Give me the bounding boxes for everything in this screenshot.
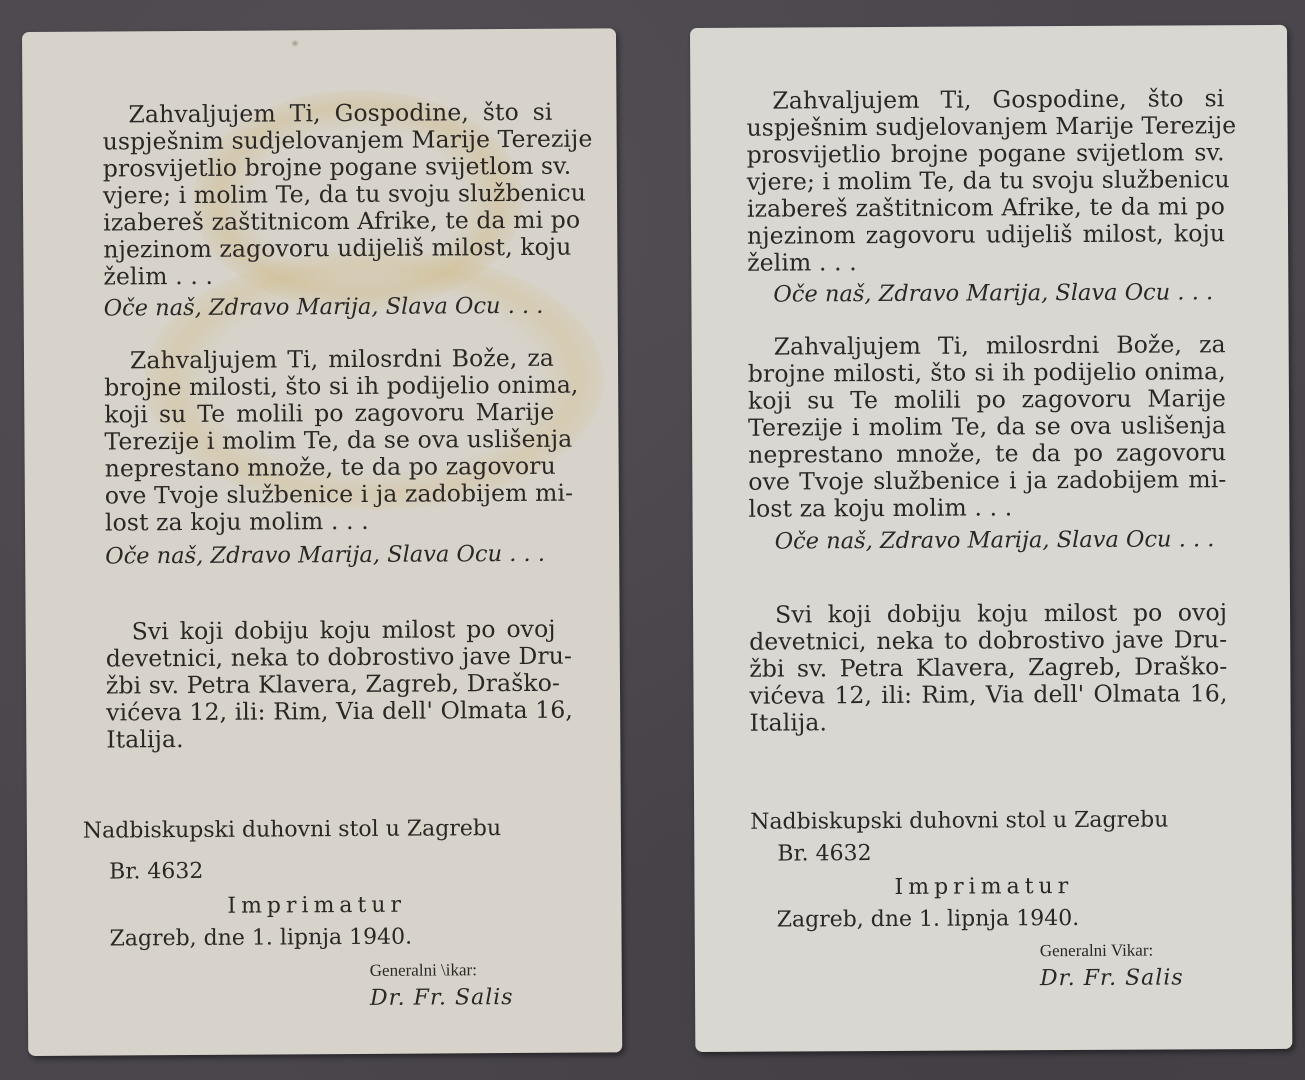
text-line: žbi sv. Petra Klavera, Zagreb, Draško- (106, 670, 556, 700)
text-line: njezinom zagovoru udijeliš milost, koju (103, 234, 553, 264)
text-line: Zahvaljujem Ti, milosrdni Bože, za (748, 331, 1226, 361)
text-line: Italija. (106, 724, 556, 754)
text-line: uspješnim sudjelovanjem Marije Terezije (103, 126, 553, 156)
text-line: prosvijetlio brojne pogane svijetlom sv. (103, 153, 553, 183)
contact-paragraph: Svi koji dobiju koju milost po ovoj deve… (106, 616, 557, 754)
text-line: Terezije i molim Te, da se ova uslišenja (748, 412, 1226, 442)
approval-date: Zagreb, dne 1. lipnja 1940. (777, 906, 1080, 934)
signatory-title: Generalni \ikar: (370, 957, 477, 984)
imprimatur-heading: Imprimatur (894, 874, 1073, 901)
text-line: izabereš zaštitnicom Afrike, te da mi po (103, 207, 553, 237)
text-line: Zahvaljujem Ti, milosrdni Bože, za (104, 345, 554, 375)
text-line: izabereš zaštitnicom Afrike, te da mi po (747, 193, 1225, 223)
prayer-refrain-2: Oče naš, Zdravo Marija, Slava Ocu . . . (105, 541, 545, 571)
imprimatur-heading: Imprimatur (227, 893, 406, 920)
text-line: lost za koju molim . . . (105, 507, 555, 537)
thanksgiving-paragraph-1: Zahvaljujem Ti, Gospodine, što si uspješ… (746, 85, 1225, 277)
text-line: Zahvaljujem Ti, Gospodine, što si (746, 85, 1224, 115)
text-line: žbi sv. Petra Klavera, Zagreb, Draško- (749, 653, 1227, 683)
text-line: brojne milosti, što si ih podijelio onim… (104, 372, 554, 402)
signatory-title: Generalni Vikar: (1040, 938, 1154, 965)
thanksgiving-paragraph-1: Zahvaljujem Ti, Gospodine, što si uspješ… (102, 99, 553, 291)
prayer-refrain-2: Oče naš, Zdravo Marija, Slava Ocu . . . (775, 526, 1215, 555)
text-line: Zahvaljujem Ti, Gospodine, što si (102, 99, 552, 129)
text-line: želim . . . (747, 247, 1225, 277)
text-line: vjere; i molim Te, da tu svoju službenic… (747, 166, 1225, 196)
text-line: Terezije i molim Te, da se ova uslišenja (104, 426, 554, 456)
text-line: devetnici, neka to dobrostivo jave Dru- (106, 643, 556, 673)
text-line: Svi koji dobiju koju milost po ovoj (106, 616, 556, 646)
reference-number: Br. 4632 (109, 859, 203, 886)
text-line: prosvijetlio brojne pogane svijetlom sv. (747, 139, 1225, 169)
text-line: ove Tvoje službenice i ja zadobijem mi- (748, 466, 1226, 496)
reference-number: Br. 4632 (777, 841, 871, 867)
text-line: vićeva 12, ili: Rim, Via dell' Olmata 16… (106, 697, 556, 727)
organization-name: Nadbiskupski duhovni stol u Zagrebu (750, 808, 1168, 836)
text-line: vićeva 12, ili: Rim, Via dell' Olmata 16… (749, 680, 1227, 710)
text-line: Italija. (750, 707, 1228, 737)
prayer-refrain-1: Oče naš, Zdravo Marija, Slava Ocu . . . (104, 293, 544, 323)
text-line: želim . . . (103, 261, 553, 291)
text-line: vjere; i molim Te, da tu svoju službenic… (103, 180, 553, 210)
organization-name: Nadbiskupski duhovni stol u Zagrebu (83, 816, 501, 845)
text-line: njezinom zagovoru udijeliš milost, koju (747, 220, 1225, 250)
text-line: ove Tvoje službenice i ja zadobijem mi- (105, 480, 555, 510)
text-line: brojne milosti, što si ih podijelio onim… (748, 358, 1226, 388)
signatory-name: Dr. Fr. Salis (370, 985, 514, 1012)
text-line: uspješnim sudjelovanjem Marije Terezije (746, 112, 1224, 142)
text-line: koji su Te molili po zagovoru Marije (104, 399, 554, 429)
prayer-refrain-1: Oče naš, Zdravo Marija, Slava Ocu . . . (773, 279, 1213, 308)
text-line: Svi koji dobiju koju milost po ovoj (749, 599, 1227, 629)
contact-paragraph: Svi koji dobiju koju milost po ovoj deve… (749, 599, 1228, 737)
signatory-name: Dr. Fr. Salis (1040, 965, 1184, 992)
text-line: koji su Te molili po zagovoru Marije (748, 385, 1226, 415)
text-line: lost za koju molim . . . (748, 493, 1226, 523)
paper-fleck (290, 40, 300, 46)
text-line: neprestano množe, te da po zagovoru (748, 439, 1226, 469)
prayer-card-right: Zahvaljujem Ti, Gospodine, što si uspješ… (690, 25, 1292, 1052)
prayer-card-left: Zahvaljujem Ti, Gospodine, što si uspješ… (22, 28, 622, 1056)
text-line: neprestano množe, te da po zagovoru (105, 453, 555, 483)
thanksgiving-paragraph-2: Zahvaljujem Ti, milosrdni Bože, za brojn… (748, 331, 1227, 523)
text-line: devetnici, neka to dobrostivo jave Dru- (749, 626, 1227, 656)
approval-date: Zagreb, dne 1. lipnja 1940. (109, 925, 412, 953)
thanksgiving-paragraph-2: Zahvaljujem Ti, milosrdni Bože, za brojn… (104, 345, 555, 537)
